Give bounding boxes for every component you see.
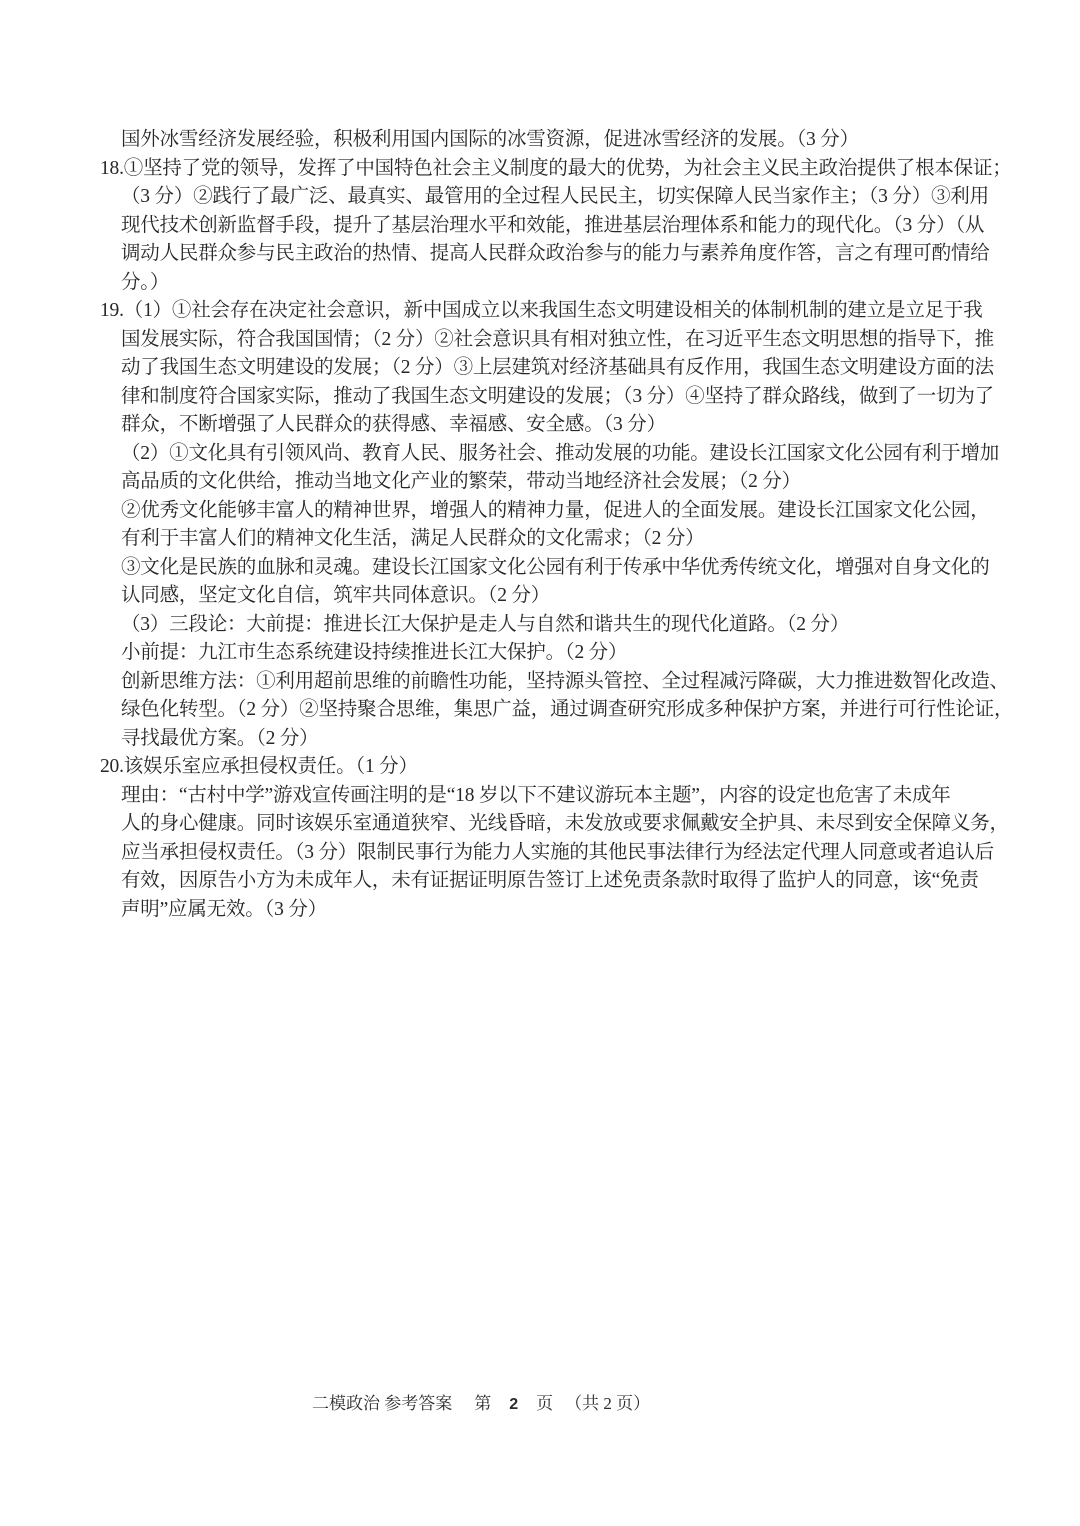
text-line: 小前提：九江市生态系统建设持续推进长江大保护。（2 分） bbox=[121, 639, 1000, 668]
text-line: 声明”应属无效。（3 分） bbox=[121, 896, 1000, 925]
footer-doc-title: 二模政治 参考答案 bbox=[312, 1394, 452, 1413]
text-line: 理由：“古村中学”游戏宣传画注明的是“18 岁以下不建议游玩本主题”，内容的设定… bbox=[121, 782, 1000, 811]
text-line: （3）三段论：大前提：推进长江大保护是走人与自然和谐共生的现代化道路。（2 分） bbox=[121, 611, 1000, 640]
text-line: 人的身心健康。同时该娱乐室通道狭窄、光线昏暗，未发放或要求佩戴安全护具、未尽到安… bbox=[121, 810, 1000, 839]
text-line: 创新思维方法：①利用超前思维的前瞻性功能，坚持源头管控、全过程减污降碳，大力推进… bbox=[121, 668, 1000, 697]
text-line: 现代技术创新监督手段，提升了基层治理水平和效能，推进基层治理体系和能力的现代化。… bbox=[121, 212, 1000, 241]
text-line: 认同感，坚定文化自信，筑牢共同体意识。（2 分） bbox=[121, 582, 1000, 611]
text-line: 高品质的文化供给，推动当地文化产业的繁荣，带动当地经济社会发展；（2 分） bbox=[121, 468, 1000, 497]
footer-page-number: 2 bbox=[509, 1396, 518, 1413]
text-line: 20.该娱乐室应承担侵权责任。（1 分） bbox=[100, 753, 1000, 782]
text-line: 律和制度符合国家实际，推动了我国生态文明建设的发展；（3 分）④坚持了群众路线，… bbox=[121, 383, 1000, 412]
footer-page-suffix: 页 bbox=[536, 1394, 553, 1413]
text-line: （2）①文化具有引领风尚、教育人民、服务社会、推动发展的功能。建设长江国家文化公… bbox=[121, 440, 1000, 469]
text-line: 寻找最优方案。（2 分） bbox=[121, 725, 1000, 754]
text-line: 国外冰雪经济发展经验，积极利用国内国际的冰雪资源，促进冰雪经济的发展。（3 分） bbox=[121, 126, 1000, 155]
text-line: 群众，不断增强了人民群众的获得感、幸福感、安全感。（3 分） bbox=[121, 411, 1000, 440]
footer-page-prefix: 第 bbox=[474, 1394, 491, 1413]
text-line: 国发展实际，符合我国国情；（2 分）②社会意识具有相对独立性，在习近平生态文明思… bbox=[121, 326, 1000, 355]
document-page: 国外冰雪经济发展经验，积极利用国内国际的冰雪资源，促进冰雪经济的发展。（3 分）… bbox=[0, 0, 1080, 1526]
text-line: 有效，因原告小方为未成年人，未有证据证明原告签订上述免责条款时取得了监护人的同意… bbox=[121, 867, 1000, 896]
text-line: 19.（1）①社会存在决定社会意识，新中国成立以来我国生态文明建设相关的体制机制… bbox=[100, 297, 1000, 326]
text-line: 应当承担侵权责任。（3 分）限制民事行为能力人实施的其他民事法律行为经法定代理人… bbox=[121, 839, 1000, 868]
page-footer: 二模政治 参考答案第2页（共 2 页） bbox=[312, 1392, 650, 1417]
answer-text-block: 国外冰雪经济发展经验，积极利用国内国际的冰雪资源，促进冰雪经济的发展。（3 分）… bbox=[100, 126, 1000, 924]
text-line: 动了我国生态文明建设的发展；（2 分）③上层建筑对经济基础具有反作用，我国生态文… bbox=[121, 354, 1000, 383]
footer-page-total: （共 2 页） bbox=[565, 1394, 650, 1413]
text-line: 有利于丰富人们的精神文化生活，满足人民群众的文化需求；（2 分） bbox=[121, 525, 1000, 554]
text-line: （3 分）②践行了最广泛、最真实、最管用的全过程人民民主，切实保障人民当家作主；… bbox=[121, 183, 1000, 212]
text-line: 18.①坚持了党的领导，发挥了中国特色社会主义制度的最大的优势，为社会主义民主政… bbox=[100, 155, 1000, 184]
text-line: ③文化是民族的血脉和灵魂。建设长江国家文化公园有利于传承中华优秀传统文化，增强对… bbox=[121, 554, 1000, 583]
text-line: 分。） bbox=[121, 269, 1000, 298]
text-line: 调动人民群众参与民主政治的热情、提高人民群众政治参与的能力与素养角度作答，言之有… bbox=[121, 240, 1000, 269]
text-line: ②优秀文化能够丰富人的精神世界，增强人的精神力量，促进人的全面发展。建设长江国家… bbox=[121, 497, 1000, 526]
text-line: 绿色化转型。（2 分）②坚持聚合思维，集思广益，通过调查研究形成多种保护方案，并… bbox=[121, 696, 1000, 725]
